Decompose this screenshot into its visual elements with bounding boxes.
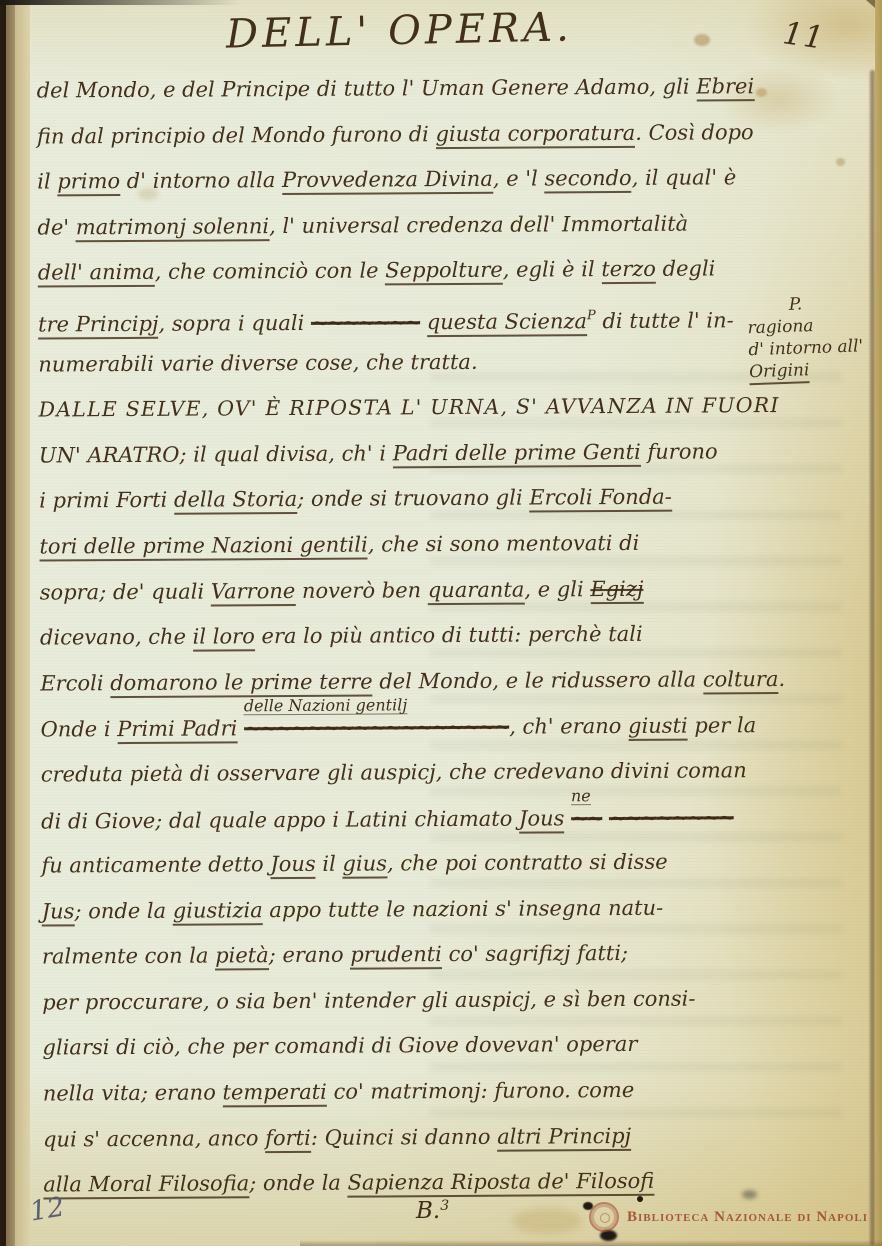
- paper-stain: [694, 34, 710, 46]
- handwritten-text: , che si sono mentovati di: [368, 531, 640, 557]
- manuscript-line: di di Giove; dal quale appo i Latini chi…: [41, 793, 871, 844]
- manuscript-line: tre Principj, sopra i quali ~~~~~~~ ques…: [38, 291, 868, 342]
- handwritten-text: qui s' accenna, anco: [43, 1126, 265, 1151]
- handwritten-text: del Mondo, e le ridussero alla: [373, 667, 703, 693]
- underlined-text: Jus: [42, 899, 75, 926]
- handwritten-text: furono: [641, 439, 718, 463]
- manuscript-line: dicevano, che il loro era lo più antico …: [40, 611, 870, 662]
- underlined-text: dell' anima: [38, 260, 155, 288]
- underlined-text: Padri delle prime Genti: [393, 440, 641, 469]
- underlined-text: domarono le prime terre: [110, 669, 373, 698]
- handwritten-text: per la: [688, 713, 757, 737]
- underlined-text: Ebrei: [696, 74, 754, 101]
- underlined-text: Jous: [519, 806, 565, 833]
- handwritten-text: , ch' erano: [509, 714, 628, 739]
- manuscript-line: numerabili varie diverse cose, che tratt…: [38, 337, 868, 388]
- interline-addition: delle Nazioni gentilj: [244, 698, 407, 716]
- underlined-text: Seppolture: [385, 258, 503, 286]
- underlined-text: questa Scienza: [427, 309, 587, 337]
- handwritten-text: numerabili varie diverse cose, che tratt…: [38, 349, 477, 376]
- handwritten-text: nella vita; erano: [43, 1080, 223, 1105]
- margin-note-line: Origini: [749, 359, 810, 385]
- library-name: Biblioteca Nazionale di Napoli: [627, 1209, 868, 1226]
- underlined-text: prudenti: [350, 942, 442, 970]
- handwritten-text: Ercoli: [40, 671, 110, 695]
- manuscript-line: Onde i Primi Padri delle Nazioni gentilj…: [40, 702, 870, 753]
- underlined-text: temperati: [222, 1080, 327, 1108]
- handwritten-text: per proccurare, o sia ben' intender gli …: [42, 986, 695, 1014]
- underlined-text: Primi Padri: [117, 717, 237, 745]
- handwritten-text: ; onde si truovano gli: [297, 486, 529, 511]
- handwritten-text: appo tutte le nazioni s' insegna natu-: [263, 895, 664, 921]
- crossed-out-scribble: ~~~~~~~: [311, 309, 420, 335]
- underlined-text: Ercoli Fonda-: [529, 485, 672, 513]
- manuscript-line: creduta pietà di osservare gli auspicj, …: [41, 747, 871, 798]
- manuscript-line: i primi Forti della Storia; onde si truo…: [39, 474, 869, 525]
- handwritten-text: il: [316, 852, 343, 876]
- handwritten-text: , sopra i quali: [158, 311, 311, 336]
- handwritten-text: gliarsi di ciò, che per comandi di Giove…: [42, 1032, 637, 1060]
- manuscript-line: dell' anima, che cominciò con le Seppolt…: [38, 246, 868, 297]
- underlined-text: gius: [342, 852, 387, 879]
- underlined-text: secondo: [544, 166, 631, 194]
- handwritten-text: ; onde la: [74, 898, 173, 923]
- underlined-text: pietà: [215, 943, 269, 970]
- manuscript-line: tori delle prime Nazioni gentili, che si…: [39, 519, 869, 570]
- manuscript-line: Jus; onde la giustizia appo tutte le naz…: [42, 884, 872, 935]
- crossed-out-scribble: ~~: [571, 805, 602, 830]
- handwritten-text: : Quinci si danno: [311, 1124, 498, 1149]
- underlined-text: Jous: [270, 852, 316, 879]
- manuscript-line: del Mondo, e del Principe di tutto l' Um…: [37, 63, 867, 114]
- underlined-text: Provvedenza Divina: [282, 167, 493, 195]
- underlined-text: tre Principj: [38, 312, 159, 340]
- handwritten-text: d' intorno alla: [120, 168, 282, 193]
- handwritten-text: degli: [656, 257, 716, 281]
- handwritten-text: ; erano: [269, 943, 351, 967]
- handwritten-text: i primi Forti: [39, 488, 174, 513]
- manuscript-line: il primo d' intorno alla Provvedenza Div…: [37, 155, 867, 206]
- folio-number: 11: [780, 15, 826, 56]
- handwritten-text: di tutte l' in-: [596, 308, 734, 333]
- margin-note-line: P.: [788, 291, 877, 316]
- underlined-text: giusta corporatura: [435, 120, 635, 148]
- handwritten-text: ; onde la: [249, 1171, 348, 1196]
- manuscript-line: de' matrimonj solenni, l' universal cred…: [37, 200, 867, 251]
- paper-stain: [512, 1208, 582, 1234]
- handwritten-text: ralmente con la: [42, 944, 215, 969]
- manuscript-line: UN' ARATRO; il qual divisa, ch' i Padri …: [39, 428, 869, 479]
- handwritten-text: noverò ben: [295, 578, 428, 603]
- library-watermark: Biblioteca Nazionale di Napoli: [589, 1202, 868, 1232]
- bottom-edge-shadow: [300, 1240, 882, 1246]
- handwritten-text: , che cominciò con le: [155, 259, 386, 284]
- manuscript-line: fin dal principio del Mondo furono di gi…: [37, 109, 867, 160]
- handwritten-text: dicevano, che: [40, 625, 193, 650]
- page-title: DELL' OPERA.: [226, 4, 574, 57]
- manuscript-line: gliarsi di ciò, che per comandi di Giove…: [42, 1021, 872, 1072]
- handwritten-text: , che poi contratto si disse: [387, 850, 668, 876]
- manuscript-line: alla Moral Filosofia; onde la Sapienza R…: [43, 1158, 873, 1209]
- handwritten-text: era lo più antico di tutti: perchè tali: [255, 622, 643, 648]
- manuscript-text-block: del Mondo, e del Principe di tutto l' Um…: [37, 63, 874, 1208]
- underlined-text: tori delle prime Nazioni gentili: [39, 532, 368, 561]
- handwritten-text: [420, 310, 427, 334]
- pencil-page-number: 12: [28, 1192, 67, 1228]
- handwritten-text: , l' universal credenza dell' Immortalit…: [269, 211, 688, 238]
- right-edge-sliver: [875, 0, 882, 1246]
- manuscript-line: Ercoli domarono le prime terre del Mondo…: [40, 656, 870, 707]
- manuscript-line: nella vita; erano temperati co' matrimon…: [43, 1067, 873, 1118]
- crossed-out-scribble: ~~~~~~~~~~~~~~~~~: [244, 714, 509, 741]
- underlined-text: giusti: [628, 714, 688, 741]
- handwritten-text: . Così dopo: [635, 120, 754, 145]
- handwritten-text: sopra; de' quali: [40, 579, 211, 604]
- handwritten-text: , egli è il: [503, 257, 602, 282]
- previous-leaf-edge: [15, 0, 30, 1246]
- gathering-mark: B.3: [416, 1198, 449, 1224]
- handwritten-text: , il qual' è: [632, 165, 737, 190]
- under-leaf-edge: [6, 0, 15, 1246]
- handwritten-text: co' sagrifizj fatti;: [442, 941, 628, 966]
- handwritten-text: il: [37, 170, 57, 194]
- interline-addition: ne: [571, 788, 591, 805]
- handwritten-text: co' matrimonj: furono. come: [327, 1078, 635, 1104]
- gathering-letter: B.: [416, 1198, 440, 1224]
- handwritten-text: di di Giove; dal quale appo i Latini chi…: [41, 806, 519, 833]
- handwritten-text: DALLE SELVE, OV' È RIPOSTA L' URNA, S' A…: [39, 393, 780, 422]
- handwritten-text: fin dal principio del Mondo furono di: [37, 122, 436, 148]
- underlined-text: matrimonj solenni: [76, 214, 269, 242]
- handwritten-text: , e gli: [524, 577, 590, 601]
- manuscript-line: sopra; de' quali Varrone noverò ben quar…: [40, 565, 870, 616]
- handwritten-text: Onde i: [40, 717, 117, 741]
- top-edge-shadow: [0, 0, 240, 5]
- library-seal-icon: [589, 1202, 619, 1232]
- manuscript-line: ralmente con la pietà; erano prudenti co…: [42, 930, 872, 981]
- gathering-superscript: 3: [440, 1198, 449, 1214]
- manuscript-line: per proccurare, o sia ben' intender gli …: [42, 975, 872, 1026]
- handwritten-text: UN' ARATRO; il qual divisa, ch' i: [39, 441, 393, 467]
- crossed-out-scribble: ~~~~~~~~: [609, 804, 734, 830]
- underlined-text: terzo: [601, 257, 656, 284]
- underlined-text: Sapienza Riposta de' Filosofi: [348, 1169, 655, 1198]
- handwritten-text: de': [37, 215, 75, 239]
- crossed-out-text: Egizj: [590, 576, 643, 603]
- handwritten-text: fu anticamente detto: [41, 852, 270, 877]
- manuscript-line: qui s' accenna, anco forti: Quinci si da…: [43, 1112, 873, 1163]
- underlined-text: forti: [265, 1126, 311, 1153]
- underlined-text: coltura: [703, 667, 779, 694]
- reference-mark: P: [587, 308, 596, 323]
- handwritten-text: del Mondo, e del Principe di tutto l' Um…: [37, 75, 697, 103]
- underlined-text: altri Principj: [497, 1124, 631, 1152]
- underlined-text: Varrone: [211, 579, 296, 607]
- handwritten-text: , e 'l: [493, 167, 545, 191]
- manuscript-line: fu anticamente detto Jous il gius, che p…: [41, 839, 871, 890]
- handwritten-text: creduta pietà di osservare gli auspicj, …: [41, 758, 747, 786]
- margin-note-line: d' intorno all': [748, 335, 879, 362]
- underlined-text: il loro: [193, 624, 255, 651]
- underlined-text: quaranta: [428, 577, 525, 605]
- underlined-text: giustizia: [173, 898, 263, 926]
- manuscript-line: DALLE SELVE, OV' È RIPOSTA L' URNA, S' A…: [38, 383, 868, 434]
- handwritten-text: .: [778, 667, 785, 691]
- underlined-text: della Storia: [174, 487, 297, 515]
- margin-note: P. ragiona d' intorno all' Origini: [746, 291, 879, 385]
- underlined-text: alla Moral Filosofia: [43, 1172, 249, 1200]
- underlined-text: primo: [57, 169, 120, 196]
